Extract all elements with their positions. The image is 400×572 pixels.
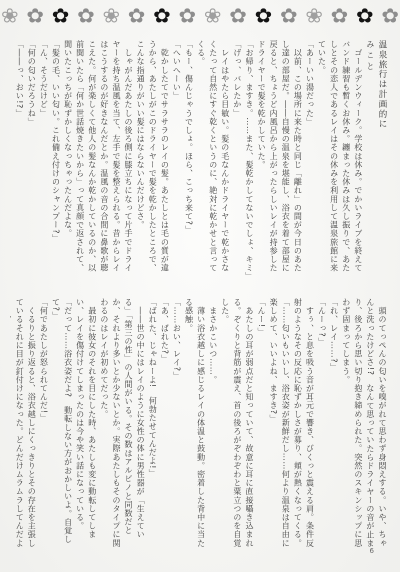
novel-paragraph: ゴールデンウィーク。学校は休み。でかいライブを終えてバンド練習も暫くお休み。纏ま…: [315, 40, 363, 278]
dialogue-line: 「んー!」: [255, 298, 267, 550]
flower-icon: ❀: [305, 4, 323, 29]
flower-border: ❀ ✿ ✿ ✿ ❀ ✿ ✿ ✿ ❀ ✿ ✿ ✿ ❀ ✿ ✿ ✿: [0, 3, 400, 29]
novel-paragraph: しゃがんだあたしの後ろ側に膝立ちになって片手でドライヤーを持ち温風を当て、左手で…: [61, 40, 134, 278]
flower-icon: ✿: [128, 4, 146, 29]
novel-page: 温泉旅行は計画的に みこと ゴールデンウィーク。学校は休み。でかいライブを終えて…: [10, 40, 390, 550]
upper-text-band: 温泉旅行は計画的に みこと ゴールデンウィーク。学校は休み。でかいライブを終えて…: [10, 40, 388, 278]
flower-icon: ✿: [26, 4, 44, 29]
novel-paragraph: 最初に彼女のそれを目にした時、あたしも変に動転してしまい、レイを傷付けてしまった…: [74, 298, 98, 550]
flower-icon: ✿: [331, 4, 349, 29]
dialogue-line: 「何であたしが怒られてんだ!」: [37, 298, 49, 550]
novel-paragraph: 薄い浴衣越しに感じるレイの体温と鼓動。密着した背中に当たる感触。: [182, 298, 206, 550]
novel-paragraph: レイはやたら目敏い。髪の毛なんかドライヤーで乾かさなくたって自然にすぐ乾くという…: [195, 40, 231, 278]
novel-paragraph: くるりと振り返ると、浴衣越しにくっきりとその存在を主張しているそれに目が釘付けに…: [10, 298, 37, 550]
page-title: 温泉旅行は計画的に: [376, 40, 388, 278]
page-number: 6: [370, 547, 374, 555]
dialogue-line: 「ん、そうだけど」: [37, 40, 49, 278]
dialogue-line: 「お帰り、ますき。……また、髪乾かしてないでしょ、キミ」: [243, 40, 255, 278]
dialogue-line: 「あーいい湯だった」: [303, 40, 315, 278]
dialogue-line: 「髪の毛、いい匂い。これ備え付けのシャンプー?」: [49, 40, 61, 278]
dialogue-line: 「あ、ばれた?」: [158, 298, 170, 550]
dialogue-line: 「――っ、おい!?」: [13, 40, 25, 278]
dialogue-line: 「何の匂いだろうね」: [25, 40, 37, 278]
flower-icon: ✿: [229, 4, 247, 29]
flower-icon: ✿: [356, 4, 374, 29]
flower-icon: ✿: [255, 4, 273, 29]
dialogue-line: 「だって……浴衣姿だよ? 動転しない方がおかしいよ。自覚して?」: [49, 298, 73, 550]
novel-paragraph: すぅ、と息を吸う音が耳元で響き、びくっと震える肩。条件反射のようなその反応に恥ず…: [291, 298, 315, 550]
dialogue-line: 「れ、レイ……?」: [328, 298, 340, 550]
flower-icon: ❀: [1, 4, 19, 29]
novel-paragraph: あたしの耳が弱点だと知っていて、故意に耳に直接囁き込まれる。ぞくりと背筋が震え、…: [219, 298, 255, 550]
flower-icon: ❀: [204, 4, 222, 29]
flower-icon: ✿: [52, 4, 70, 29]
dialogue-line: 「へいへーい」: [170, 40, 182, 278]
dialogue-line: 「もー、傷んじゃうでしょ。ほら、こっち来て?」: [182, 40, 194, 278]
dialogue-line: 「……匂いもいいし、浴衣姿が新鮮だし……何より温泉は自由に楽しめて、いいよね、ま…: [267, 298, 291, 550]
dialogue-line: 「げっ、バレたか」: [231, 40, 243, 278]
novel-paragraph: 頭のてっぺんの匂いを嗅がれて思わず身悶えする。いや、ちゃんと洗ったけどさ!? な…: [340, 298, 388, 550]
author-name: みこと: [364, 40, 376, 278]
dialogue-line: 「……おい、レイ?」: [170, 298, 182, 550]
lower-text-band: 頭のてっぺんの匂いを嗅がれて思わず身悶えする。いや、ちゃんと洗ったけどさ!? な…: [10, 298, 388, 550]
novel-paragraph: まさかこいつ……。: [207, 298, 219, 550]
flower-icon: ✿: [381, 4, 399, 29]
novel-paragraph: ――世の中にはレイのように女性の体に男性器が「生えている」「第三の性」の人間がい…: [98, 298, 146, 550]
flower-icon: ✿: [153, 4, 171, 29]
flower-icon: ✿: [77, 4, 95, 29]
dialogue-line: 「ばれた、じゃねーよ! 何勃たせてんだよ!」: [146, 298, 158, 550]
flower-icon: ✿: [179, 4, 197, 29]
novel-paragraph: 乾かしたてでサラサラのレイの髪。あたしとは毛の質が違うから、あたしがこのドライヤ…: [134, 40, 170, 278]
novel-paragraph: 以前、この場所に来た時と同じ「離れ」の間が今日のあたし達の部屋だ。――自慢の温泉…: [255, 40, 303, 278]
flower-icon: ❀: [102, 4, 120, 29]
dialogue-line: 「んーっ?」: [315, 298, 327, 550]
flower-icon: ✿: [280, 4, 298, 29]
